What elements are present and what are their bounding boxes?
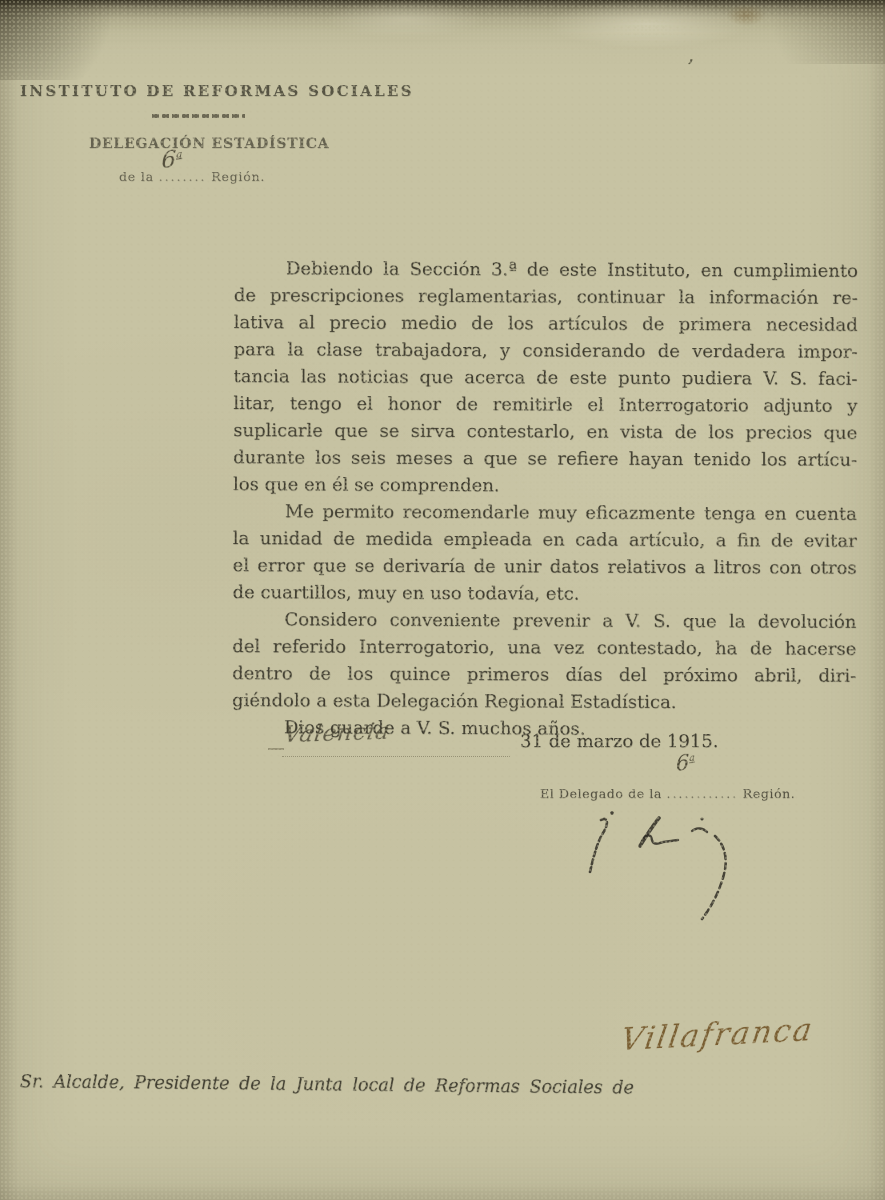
delegate-signature-rubric <box>585 806 745 936</box>
region-prefix: de la <box>119 169 154 184</box>
scan-corner-shadow <box>0 0 130 80</box>
body-line: giéndolo a esta Delegación Regional Esta… <box>232 687 856 717</box>
letter-page: INSTITUTO DE REFORMAS SOCIALES DELEGACIÓ… <box>0 0 885 1200</box>
handwritten-place: Valencia <box>282 718 392 748</box>
paper-stain <box>726 4 766 26</box>
body-line: del referido Interrogatorio, una vez con… <box>232 633 856 663</box>
body-text: Debiendo la Sección 3.ª de este Institut… <box>232 255 858 744</box>
paper-edge-shadow <box>869 0 885 1200</box>
recipient-line: Sr. Alcalde, Presidente de la Junta loca… <box>20 1072 665 1099</box>
paper-stain <box>545 0 750 48</box>
body-line: lativa al precio medio de los artículos … <box>234 309 858 339</box>
region-number: 6 <box>676 750 689 776</box>
date-text: 31 de marzo de 1915. <box>520 731 718 752</box>
region-number: 6 <box>161 146 176 174</box>
body-line: suplicarle que se sirva contestarlo, en … <box>233 417 857 447</box>
region-number-ordinal: a <box>176 148 183 161</box>
region-suffix: Región. <box>211 169 265 184</box>
date-blank-rule <box>282 756 510 757</box>
body-line: Considero conveniente prevenir a V. S. q… <box>232 606 856 636</box>
body-line: de prescripciones reglamentarias, contin… <box>234 282 858 312</box>
letterhead-divider <box>152 114 245 118</box>
pen-dash <box>268 748 284 750</box>
body-line: los que en él se comprenden. <box>233 471 857 501</box>
letterhead-institute: INSTITUTO DE REFORMAS SOCIALES <box>20 82 414 100</box>
delegate-prefix: El Delegado de la <box>540 786 662 801</box>
paper-stain <box>325 0 485 38</box>
ink-fleck: ’ <box>684 56 694 82</box>
delegate-blank-dots: ...... <box>666 786 702 801</box>
body-line: dentro de los quince primeros días del p… <box>232 660 856 690</box>
scan-top-shadow <box>0 0 885 52</box>
body-line: el error que se derivaría de unir datos … <box>233 552 857 582</box>
region-number-ordinal: a <box>689 752 695 764</box>
scan-corner-shadow <box>735 0 885 64</box>
paper-edge-shadow <box>0 0 18 1200</box>
handwritten-region-number: 6a <box>676 749 695 776</box>
body-line: la unidad de medida empleada en cada art… <box>233 525 857 555</box>
body-line: para la clase trabajadora, y considerand… <box>234 336 858 366</box>
body-line: Me permito recomendarle muy eficazmente … <box>233 498 857 528</box>
handwritten-recipient-place: Villafranca <box>618 1012 816 1058</box>
letterhead-region-line: de la ........ Región. <box>119 169 265 184</box>
delegate-blank-dots: ...... <box>702 786 738 801</box>
delegate-suffix: Región. <box>743 786 796 801</box>
paper-edge-shadow <box>0 1184 885 1200</box>
body-line: litar, tengo el honor de remitirle el In… <box>233 390 857 420</box>
handwritten-region-number: 6a <box>161 146 183 174</box>
letterhead-delegation: DELEGACIÓN ESTADÍSTICA <box>89 136 329 152</box>
body-line: tancia las noticias que acerca de este p… <box>233 363 857 393</box>
body-line: durante los seis meses a que se refiere … <box>233 444 857 474</box>
body-line: Debiendo la Sección 3.ª de este Institut… <box>234 255 858 285</box>
body-line: de cuartillos, muy en uso todavía, etc. <box>232 579 856 609</box>
delegate-title-line: El Delegado de la ............ Región. <box>540 786 795 801</box>
